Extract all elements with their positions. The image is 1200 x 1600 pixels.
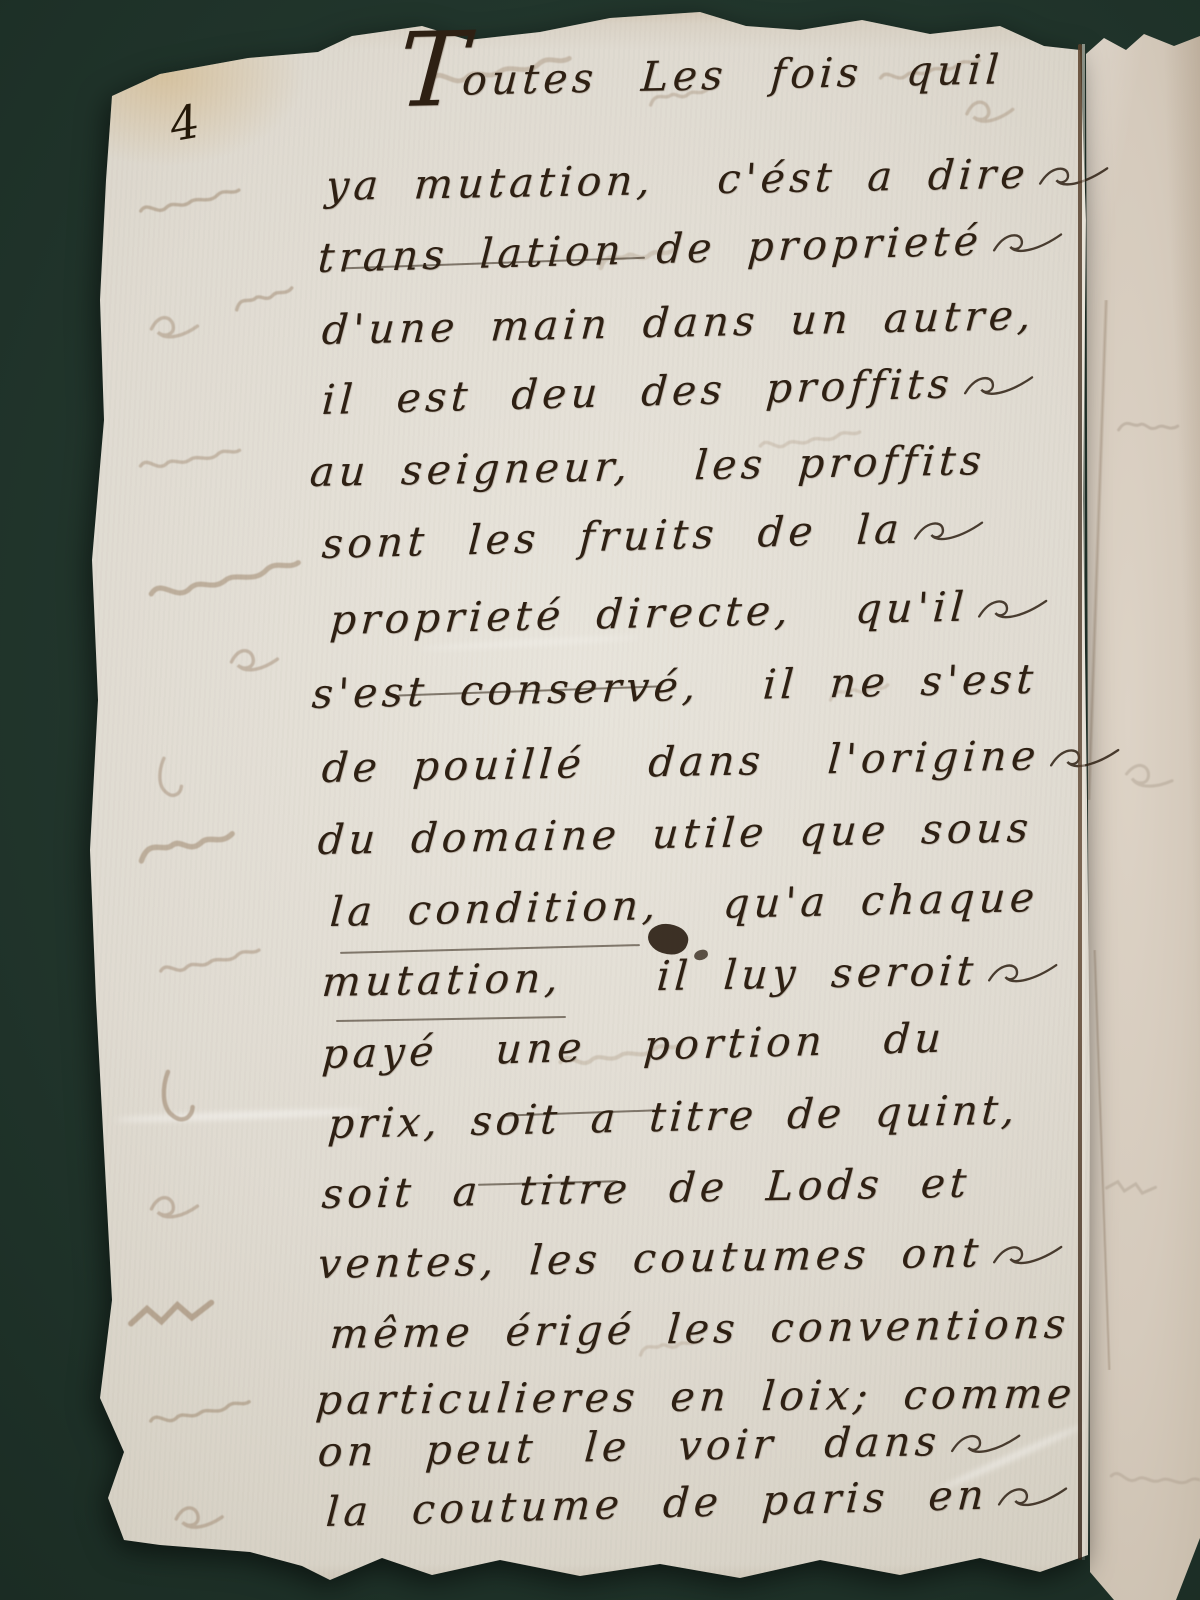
line-end-flourish <box>986 959 1058 986</box>
line-end-flourish <box>912 517 984 545</box>
manuscript-line: Toutes Les fois quil <box>396 45 1004 106</box>
manuscript-line: sont les fruits de la <box>321 503 985 568</box>
manuscript-photo: 4 Toutes Les fois quilya mutation, c'ést… <box>0 0 1200 1600</box>
line-end-flourish <box>949 1430 1021 1457</box>
line-end-flourish <box>977 595 1049 623</box>
decorated-initial: T <box>395 11 471 132</box>
manuscript-line: du domaine utile que sous <box>316 803 1034 864</box>
manuscript-line: même érigé les conventions <box>328 1300 1071 1358</box>
manuscript-line: proprieté directe, qu'il <box>328 581 1049 644</box>
manuscript-line: trans lation de proprieté <box>317 214 1064 282</box>
page-number: 4 <box>166 94 204 152</box>
manuscript-line: la condition, qu'a chaque <box>328 873 1040 936</box>
manuscript-line: d'une main dans un autre, <box>320 291 1036 354</box>
manuscript-line: de pouillé dans l'origine <box>320 730 1121 792</box>
line-end-flourish <box>1038 162 1110 189</box>
handwriting-layer: 4 Toutes Les fois quilya mutation, c'ést… <box>0 0 1200 1600</box>
manuscript-line: soit a titre de Lods et <box>320 1159 972 1218</box>
manuscript-line: s'est conservé, il ne s'est <box>310 655 1039 718</box>
manuscript-line: prix, soit a titre de quint, <box>326 1086 1019 1149</box>
manuscript-line: payé une portion du <box>321 1014 947 1078</box>
manuscript-line: la coutume de paris en <box>325 1469 1070 1537</box>
line-end-flourish <box>962 371 1034 399</box>
pen-stroke <box>336 1016 566 1022</box>
manuscript-line: on peut le voir dans <box>316 1416 1022 1476</box>
line-end-flourish <box>992 228 1064 256</box>
manuscript-line: au seigneur, les proffits <box>308 436 987 496</box>
manuscript-line: ventes, les coutumes ont <box>316 1227 1064 1288</box>
line-end-flourish <box>992 1241 1064 1268</box>
manuscript-line: il est deu des proffits <box>321 357 1035 424</box>
line-end-flourish <box>997 1483 1069 1511</box>
manuscript-line: ya mutation, c'ést a dire <box>324 148 1111 210</box>
manuscript-line: mutation, il luy seroit <box>320 945 1059 1006</box>
page-fold-highlight <box>1082 44 1085 1560</box>
